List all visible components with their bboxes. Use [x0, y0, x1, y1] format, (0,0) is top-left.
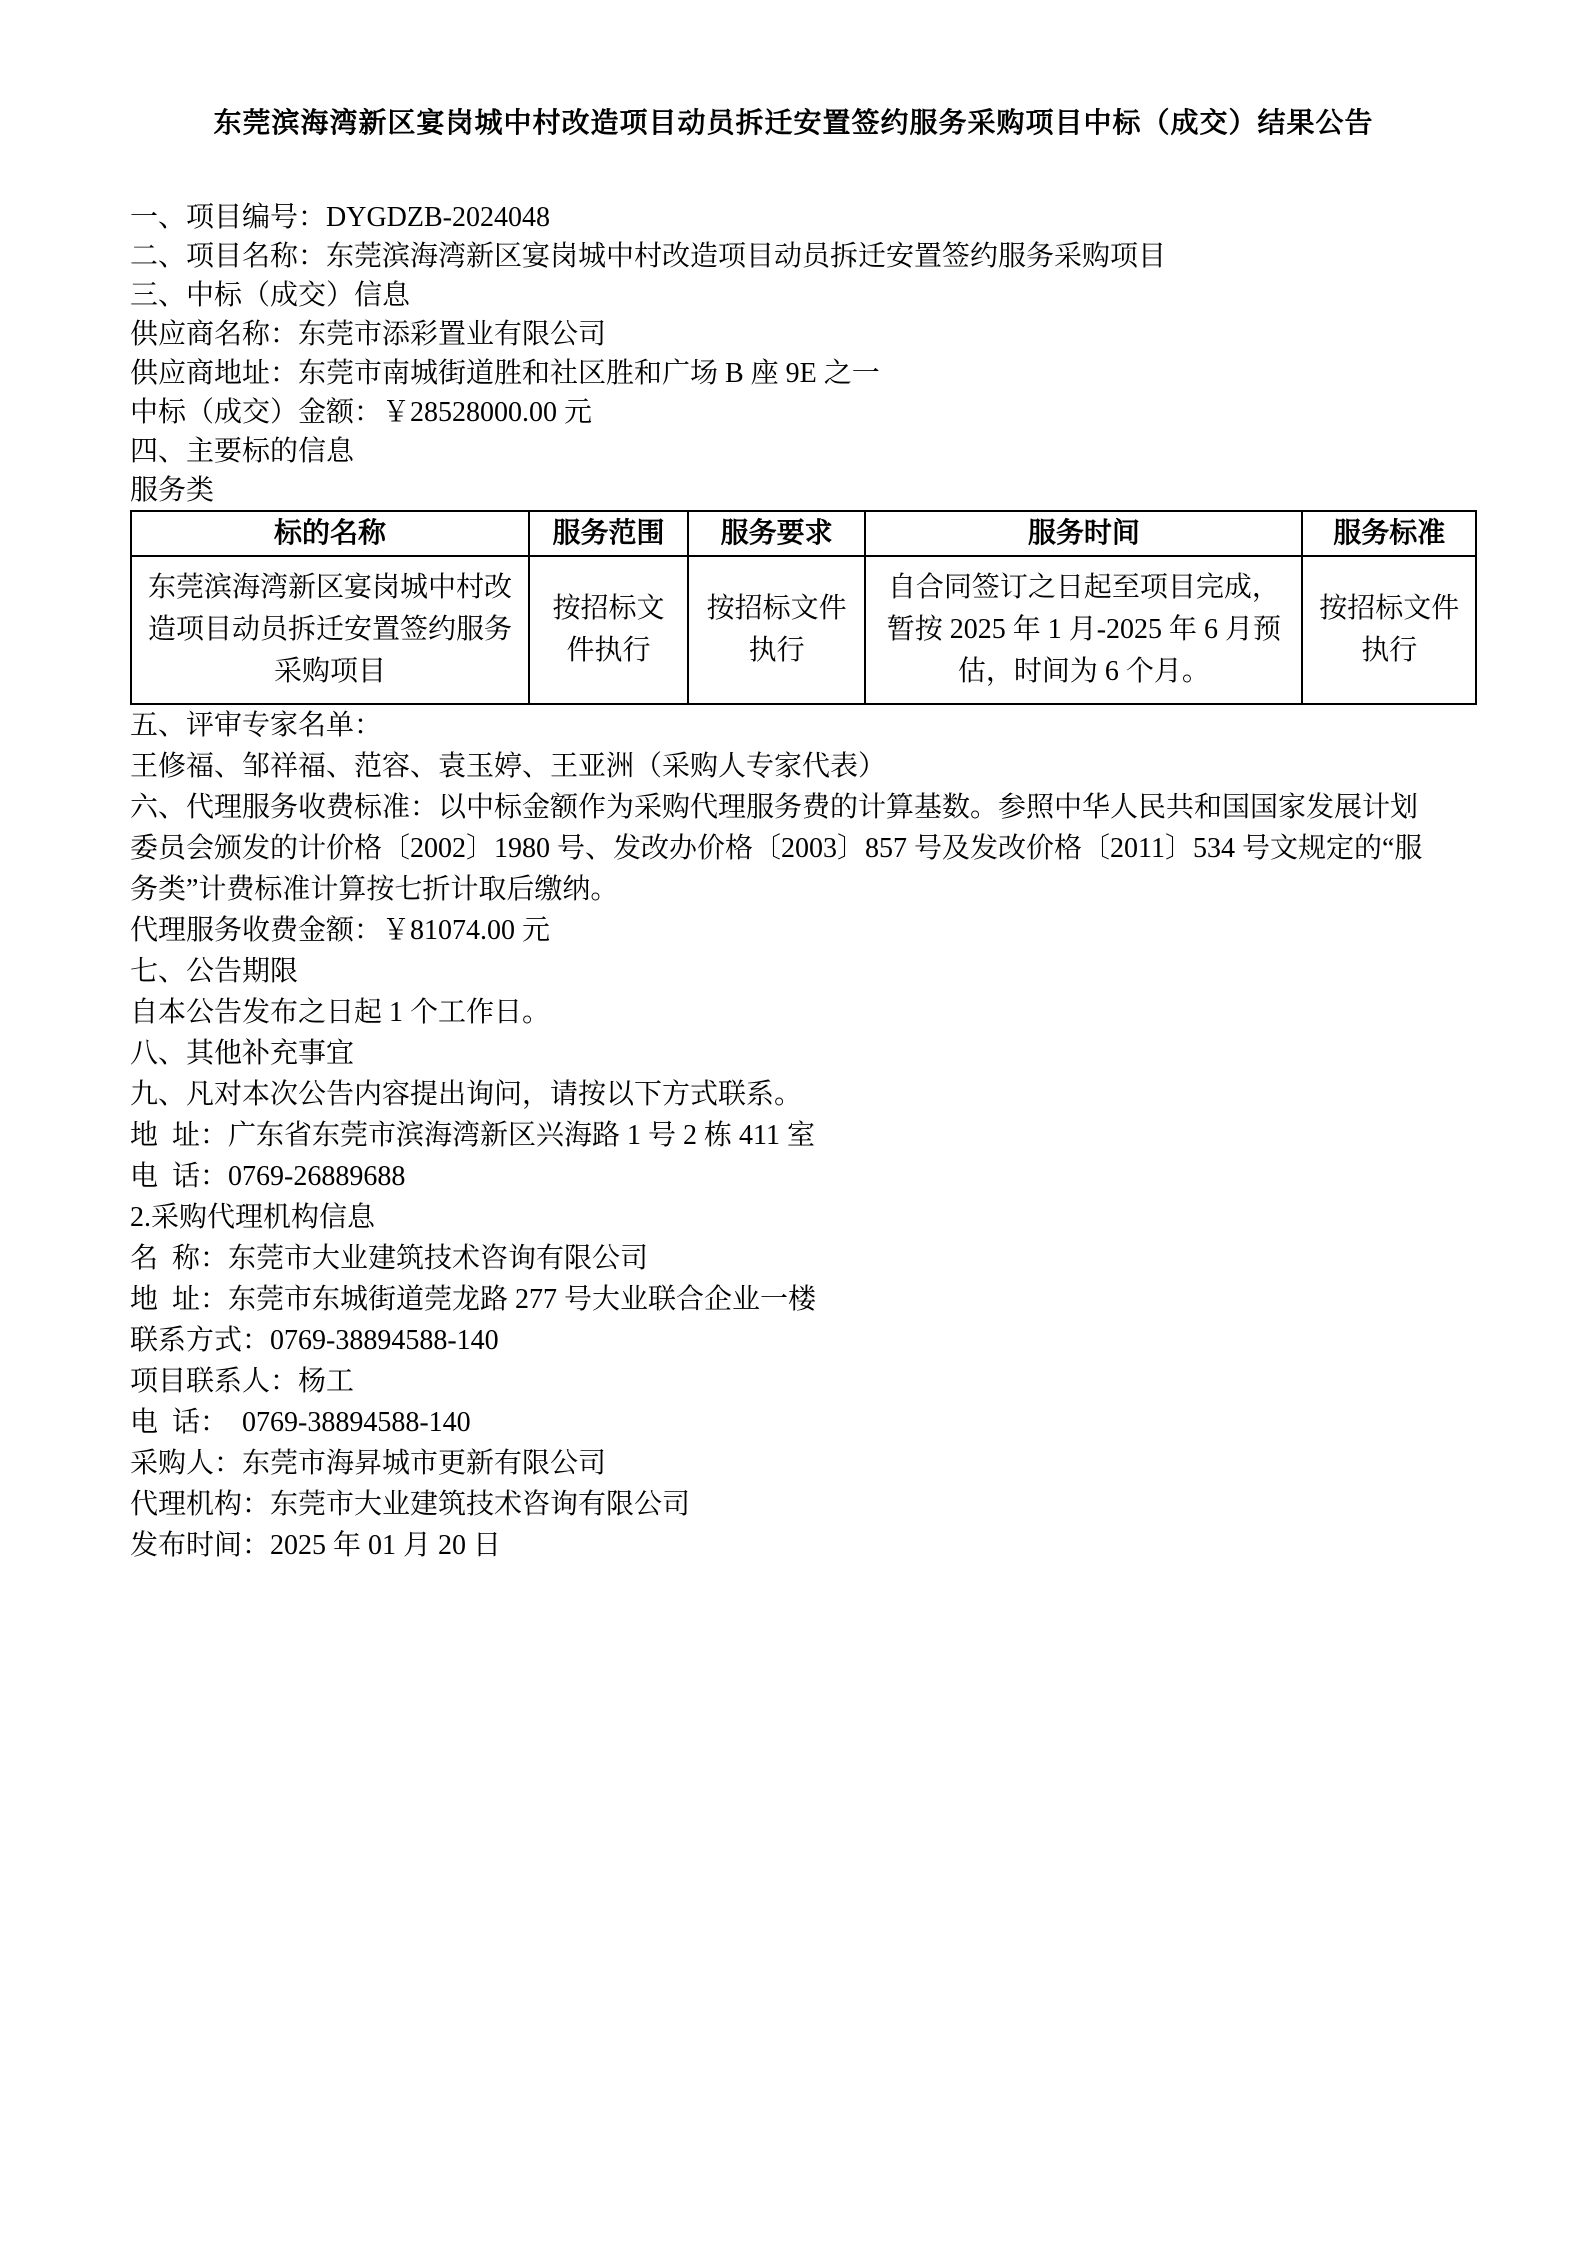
document-page: 东莞滨海湾新区宴岗城中村改造项目动员拆迁安置签约服务采购项目中标（成交）结果公告… — [0, 0, 1587, 2245]
line-purchaser: 采购人：东莞市海昇城市更新有限公司 — [130, 1443, 1477, 1484]
line-agency-contact: 联系方式：0769-38894588-140 — [130, 1320, 1477, 1361]
col-header-service-time: 服务时间 — [865, 511, 1302, 556]
line-agency-name: 名 称：东莞市大业建筑技术咨询有限公司 — [130, 1238, 1477, 1279]
line-agency-address: 地 址：东莞市东城街道莞龙路 277 号大业联合企业一楼 — [130, 1279, 1477, 1320]
line-project-number: 一、项目编号：DYGDZB-2024048 — [130, 198, 1477, 237]
line-expert-names: 王修福、邹祥福、范容、袁玉婷、王亚洲（采购人专家代表） — [130, 746, 1477, 787]
line-publish-date: 发布时间：2025 年 01 月 20 日 — [130, 1525, 1477, 1566]
line-category: 服务类 — [130, 471, 1477, 510]
cell-service-scope: 按招标文件执行 — [529, 556, 688, 704]
line-agency-fee-standard-2: 委员会颁发的计价格〔2002〕1980 号、发改办价格〔2003〕857 号及发… — [130, 828, 1477, 869]
line-notice-period: 自本公告发布之日起 1 个工作日。 — [130, 992, 1477, 1033]
line-project-name: 二、项目名称：东莞滨海湾新区宴岗城中村改造项目动员拆迁安置签约服务采购项目 — [130, 237, 1477, 276]
heading-main-subject: 四、主要标的信息 — [130, 432, 1477, 471]
col-header-service-standard: 服务标准 — [1302, 511, 1476, 556]
line-supplier-address: 供应商地址：东莞市南城街道胜和社区胜和广场 B 座 9E 之一 — [130, 354, 1477, 393]
cell-service-standard: 按招标文件执行 — [1302, 556, 1476, 704]
cell-service-requirement: 按招标文件执行 — [688, 556, 866, 704]
heading-inquiry-contact: 九、凡对本次公告内容提出询问，请按以下方式联系。 — [130, 1074, 1477, 1115]
document-body: 一、项目编号：DYGDZB-2024048 二、项目名称：东莞滨海湾新区宴岗城中… — [130, 198, 1477, 1566]
line-purchaser-phone: 电 话：0769-26889688 — [130, 1156, 1477, 1197]
cell-subject-name: 东莞滨海湾新区宴岗城中村改造项目动员拆迁安置签约服务采购项目 — [131, 556, 529, 704]
cell-service-time: 自合同签订之日起至项目完成，暂按 2025 年 1 月-2025 年 6 月预估… — [865, 556, 1302, 704]
heading-agency-info: 2.采购代理机构信息 — [130, 1197, 1477, 1238]
col-header-service-requirement: 服务要求 — [688, 511, 866, 556]
line-agency-fee-standard-3: 务类”计费标准计算按七折计取后缴纳。 — [130, 869, 1477, 910]
subject-table: 标的名称 服务范围 服务要求 服务时间 服务标准 东莞滨海湾新区宴岗城中村改造项… — [130, 510, 1477, 705]
line-agency: 代理机构：东莞市大业建筑技术咨询有限公司 — [130, 1484, 1477, 1525]
heading-notice-period: 七、公告期限 — [130, 951, 1477, 992]
table-row: 东莞滨海湾新区宴岗城中村改造项目动员拆迁安置签约服务采购项目 按招标文件执行 按… — [131, 556, 1476, 704]
line-supplier-name: 供应商名称：东莞市添彩置业有限公司 — [130, 315, 1477, 354]
col-header-subject-name: 标的名称 — [131, 511, 529, 556]
heading-experts: 五、评审专家名单： — [130, 705, 1477, 746]
line-agency-fee-amount: 代理服务收费金额：￥81074.00 元 — [130, 910, 1477, 951]
col-header-service-scope: 服务范围 — [529, 511, 688, 556]
subject-table-header-row: 标的名称 服务范围 服务要求 服务时间 服务标准 — [131, 511, 1476, 556]
line-purchaser-address: 地 址：广东省东莞市滨海湾新区兴海路 1 号 2 栋 411 室 — [130, 1115, 1477, 1156]
line-agency-person: 项目联系人：杨工 — [130, 1361, 1477, 1402]
line-award-amount: 中标（成交）金额：￥28528000.00 元 — [130, 393, 1477, 432]
heading-award-info: 三、中标（成交）信息 — [130, 276, 1477, 315]
line-agency-fee-standard-1: 六、代理服务收费标准：以中标金额作为采购代理服务费的计算基数。参照中华人民共和国… — [130, 787, 1477, 828]
heading-other-matters: 八、其他补充事宜 — [130, 1033, 1477, 1074]
document-title: 东莞滨海湾新区宴岗城中村改造项目动员拆迁安置签约服务采购项目中标（成交）结果公告 — [0, 106, 1587, 142]
line-agency-phone: 电 话： 0769-38894588-140 — [130, 1402, 1477, 1443]
